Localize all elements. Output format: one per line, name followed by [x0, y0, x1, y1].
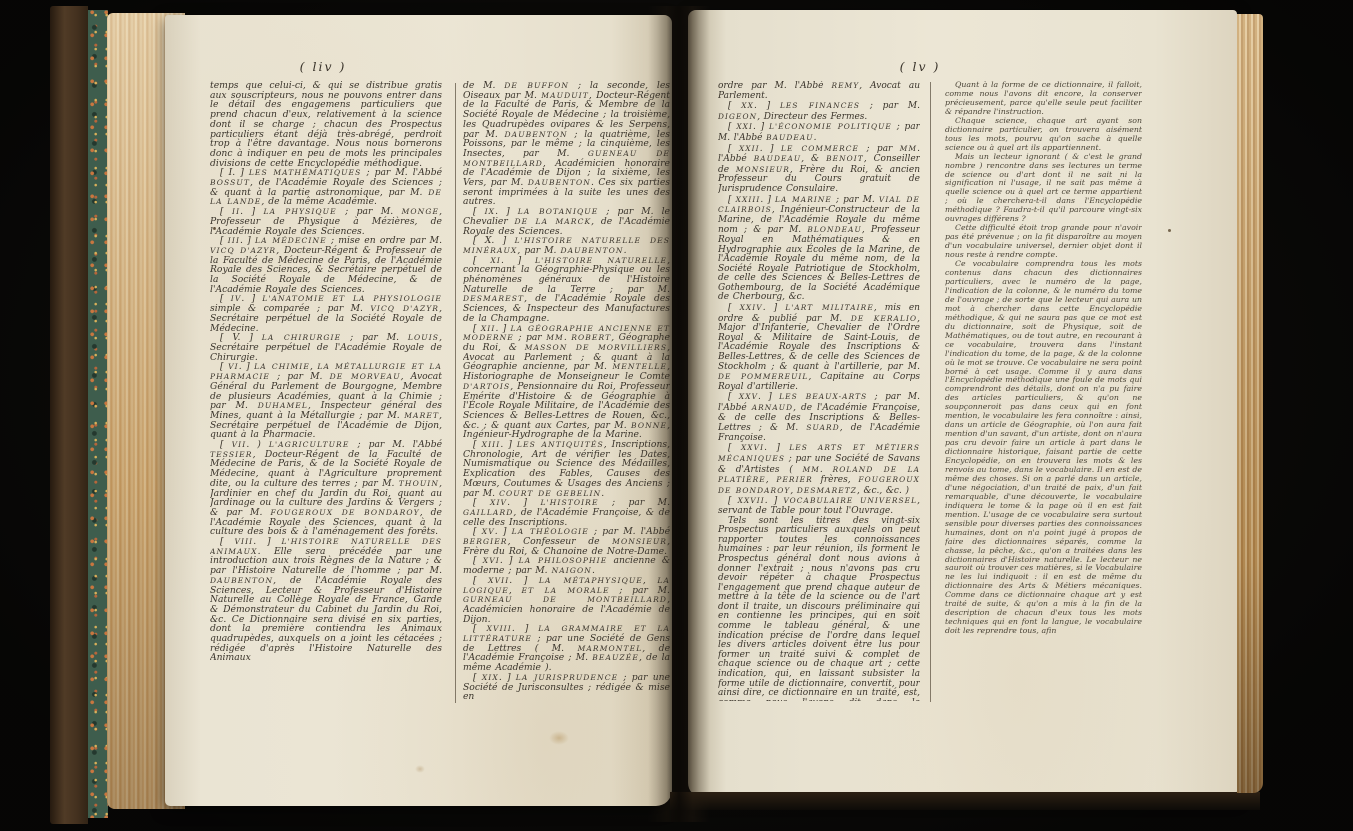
paragraph: [ XXVI. ] LES ARTS ET MÉTIERS MÉCANIQUES…: [718, 443, 920, 496]
paragraph: [ XIV. ] L'HISTOIRE ; par M. GAILLARD, d…: [463, 498, 670, 527]
paragraph: [ XII. ] LA GÉOGRAPHIE ANCIENNE ET MODER…: [463, 324, 670, 440]
left-page-column-2: de M. DE BUFFON ; la seconde, les Oiseau…: [463, 81, 670, 703]
paragraph: Mais un lecteur ignorant ( & c'est le gr…: [945, 153, 1142, 225]
paragraph: [ XXII. ] LE COMMERCE ; par MM. l'Abbé B…: [718, 144, 920, 195]
paragraph: [ XXI. ] L'ÉCONOMIE POLITIQUE ; par M. l…: [718, 122, 920, 143]
paragraph: Cette difficulté étoit trop grande pour …: [945, 224, 1142, 260]
right-page: ( lv ) ordre par M. l'Abbé REMY, Avocat …: [688, 10, 1237, 797]
paragraph: [ XVIII. ] LA GRAMMAIRE ET LA LITTÉRATUR…: [463, 624, 670, 673]
paragraph: [ X. ] L'HISTOIRE NATURELLE DES MINÉRAUX…: [463, 236, 670, 255]
right-page-block-fore-edge: [1237, 14, 1263, 793]
paragraph: [ XIII. ] LES ANTIQUITÉS, Inscriptions, …: [463, 440, 670, 498]
left-cover-leather-edge: [50, 6, 88, 824]
right-column-divider: [930, 82, 931, 702]
left-page-folio: ( liv ): [263, 59, 383, 74]
paragraph: [ XXV. ] LES BEAUX-ARTS ; par M. l'Abbé …: [718, 392, 920, 443]
left-column-divider: [455, 83, 456, 703]
paragraph: Quant à la forme de ce dictionnaire, il …: [945, 81, 1142, 117]
right-page-folio: ( lv ): [860, 59, 980, 74]
paragraph: [ XXIII. ] LA MARINE ; par M. VIAL DE CL…: [718, 195, 920, 304]
ink-speck: [1168, 229, 1171, 232]
left-page-column-1: temps que celui-ci, & qui se distribue g…: [210, 81, 442, 703]
paragraph: [ II. ] LA PHYSIQUE ; par M. MONGE, Prof…: [210, 207, 442, 236]
paragraph: [ I. ] LES MATHÉMATIQUES ; par M. l'Abbé…: [210, 168, 442, 207]
left-page: ( liv ) temps que celui-ci, & qui se dis…: [165, 15, 672, 806]
paragraph: [ III. ] LA MÉDECINE ; mise en ordre par…: [210, 236, 442, 294]
paragraph: de M. DE BUFFON ; la seconde, les Oiseau…: [463, 81, 670, 207]
paragraph: [ IV. ] L'ANATOMIE ET LA PHYSIOLOGIE sim…: [210, 294, 442, 333]
paragraph: [ XIX. ] LA JURISPRUDENCE ; par une Soci…: [463, 673, 670, 702]
foxing-stain: [415, 765, 425, 773]
marbled-paper-edge: [88, 10, 108, 818]
paragraph: [ XXIV. ] L'ART MILITAIRE, mis en ordre …: [718, 303, 920, 392]
paragraph: [ IX. ] LA BOTANIQUE ; par M. le Chevali…: [463, 207, 670, 236]
paragraph: [ XVI. ] LA PHILOSOPHIE ancienne & moder…: [463, 556, 670, 575]
ink-speck: [213, 227, 216, 230]
paragraph: [ V. ] LA CHIRURGIE ; par M. LOUIS, Secr…: [210, 333, 442, 362]
paragraph: [ XXVII. ] VOCABULAIRE UNIVERSEL, servan…: [718, 496, 920, 516]
paragraph: Ce vocabulaire comprendra tous les mots …: [945, 260, 1142, 636]
paragraph: [ VIII. ] L'HISTOIRE NATURELLE DES ANIMA…: [210, 537, 442, 663]
bottom-board-shadow: [670, 792, 1260, 810]
right-page-column-2: Quant à la forme de ce dictionnaire, il …: [945, 81, 1142, 703]
foxing-stain: [549, 731, 569, 745]
paragraph: [ XX. ] LES FINANCES ; par M. DIGEON, Di…: [718, 101, 920, 122]
paragraph: [ XV. ] LA THÉOLOGIE ; par M. l'Abbé BER…: [463, 527, 670, 556]
paragraph: ordre par M. l'Abbé REMY, Avocat au Parl…: [718, 81, 920, 101]
paragraph: temps que celui-ci, & qui se distribue g…: [210, 81, 442, 168]
photo-background: ( liv ) temps que celui-ci, & qui se dis…: [0, 0, 1353, 831]
paragraph: [ VI. ] LA CHIMIE, LA MÉTALLURGIE ET LA …: [210, 362, 442, 440]
paragraph: [ XI. ] L'HISTOIRE NATURELLE, concernant…: [463, 256, 670, 324]
paragraph: Chaque science, chaque art ayant son dic…: [945, 117, 1142, 153]
paragraph: [ XVII. ] LA MÉTAPHYSIQUE, LA LOGIQUE, E…: [463, 576, 670, 625]
right-page-column-1: ordre par M. l'Abbé REMY, Avocat au Parl…: [718, 81, 920, 701]
paragraph: Tels sont les titres des vingt-six Prosp…: [718, 517, 920, 701]
paragraph: [ VII. ) L'AGRICULTURE ; par M. l'Abbé T…: [210, 440, 442, 537]
